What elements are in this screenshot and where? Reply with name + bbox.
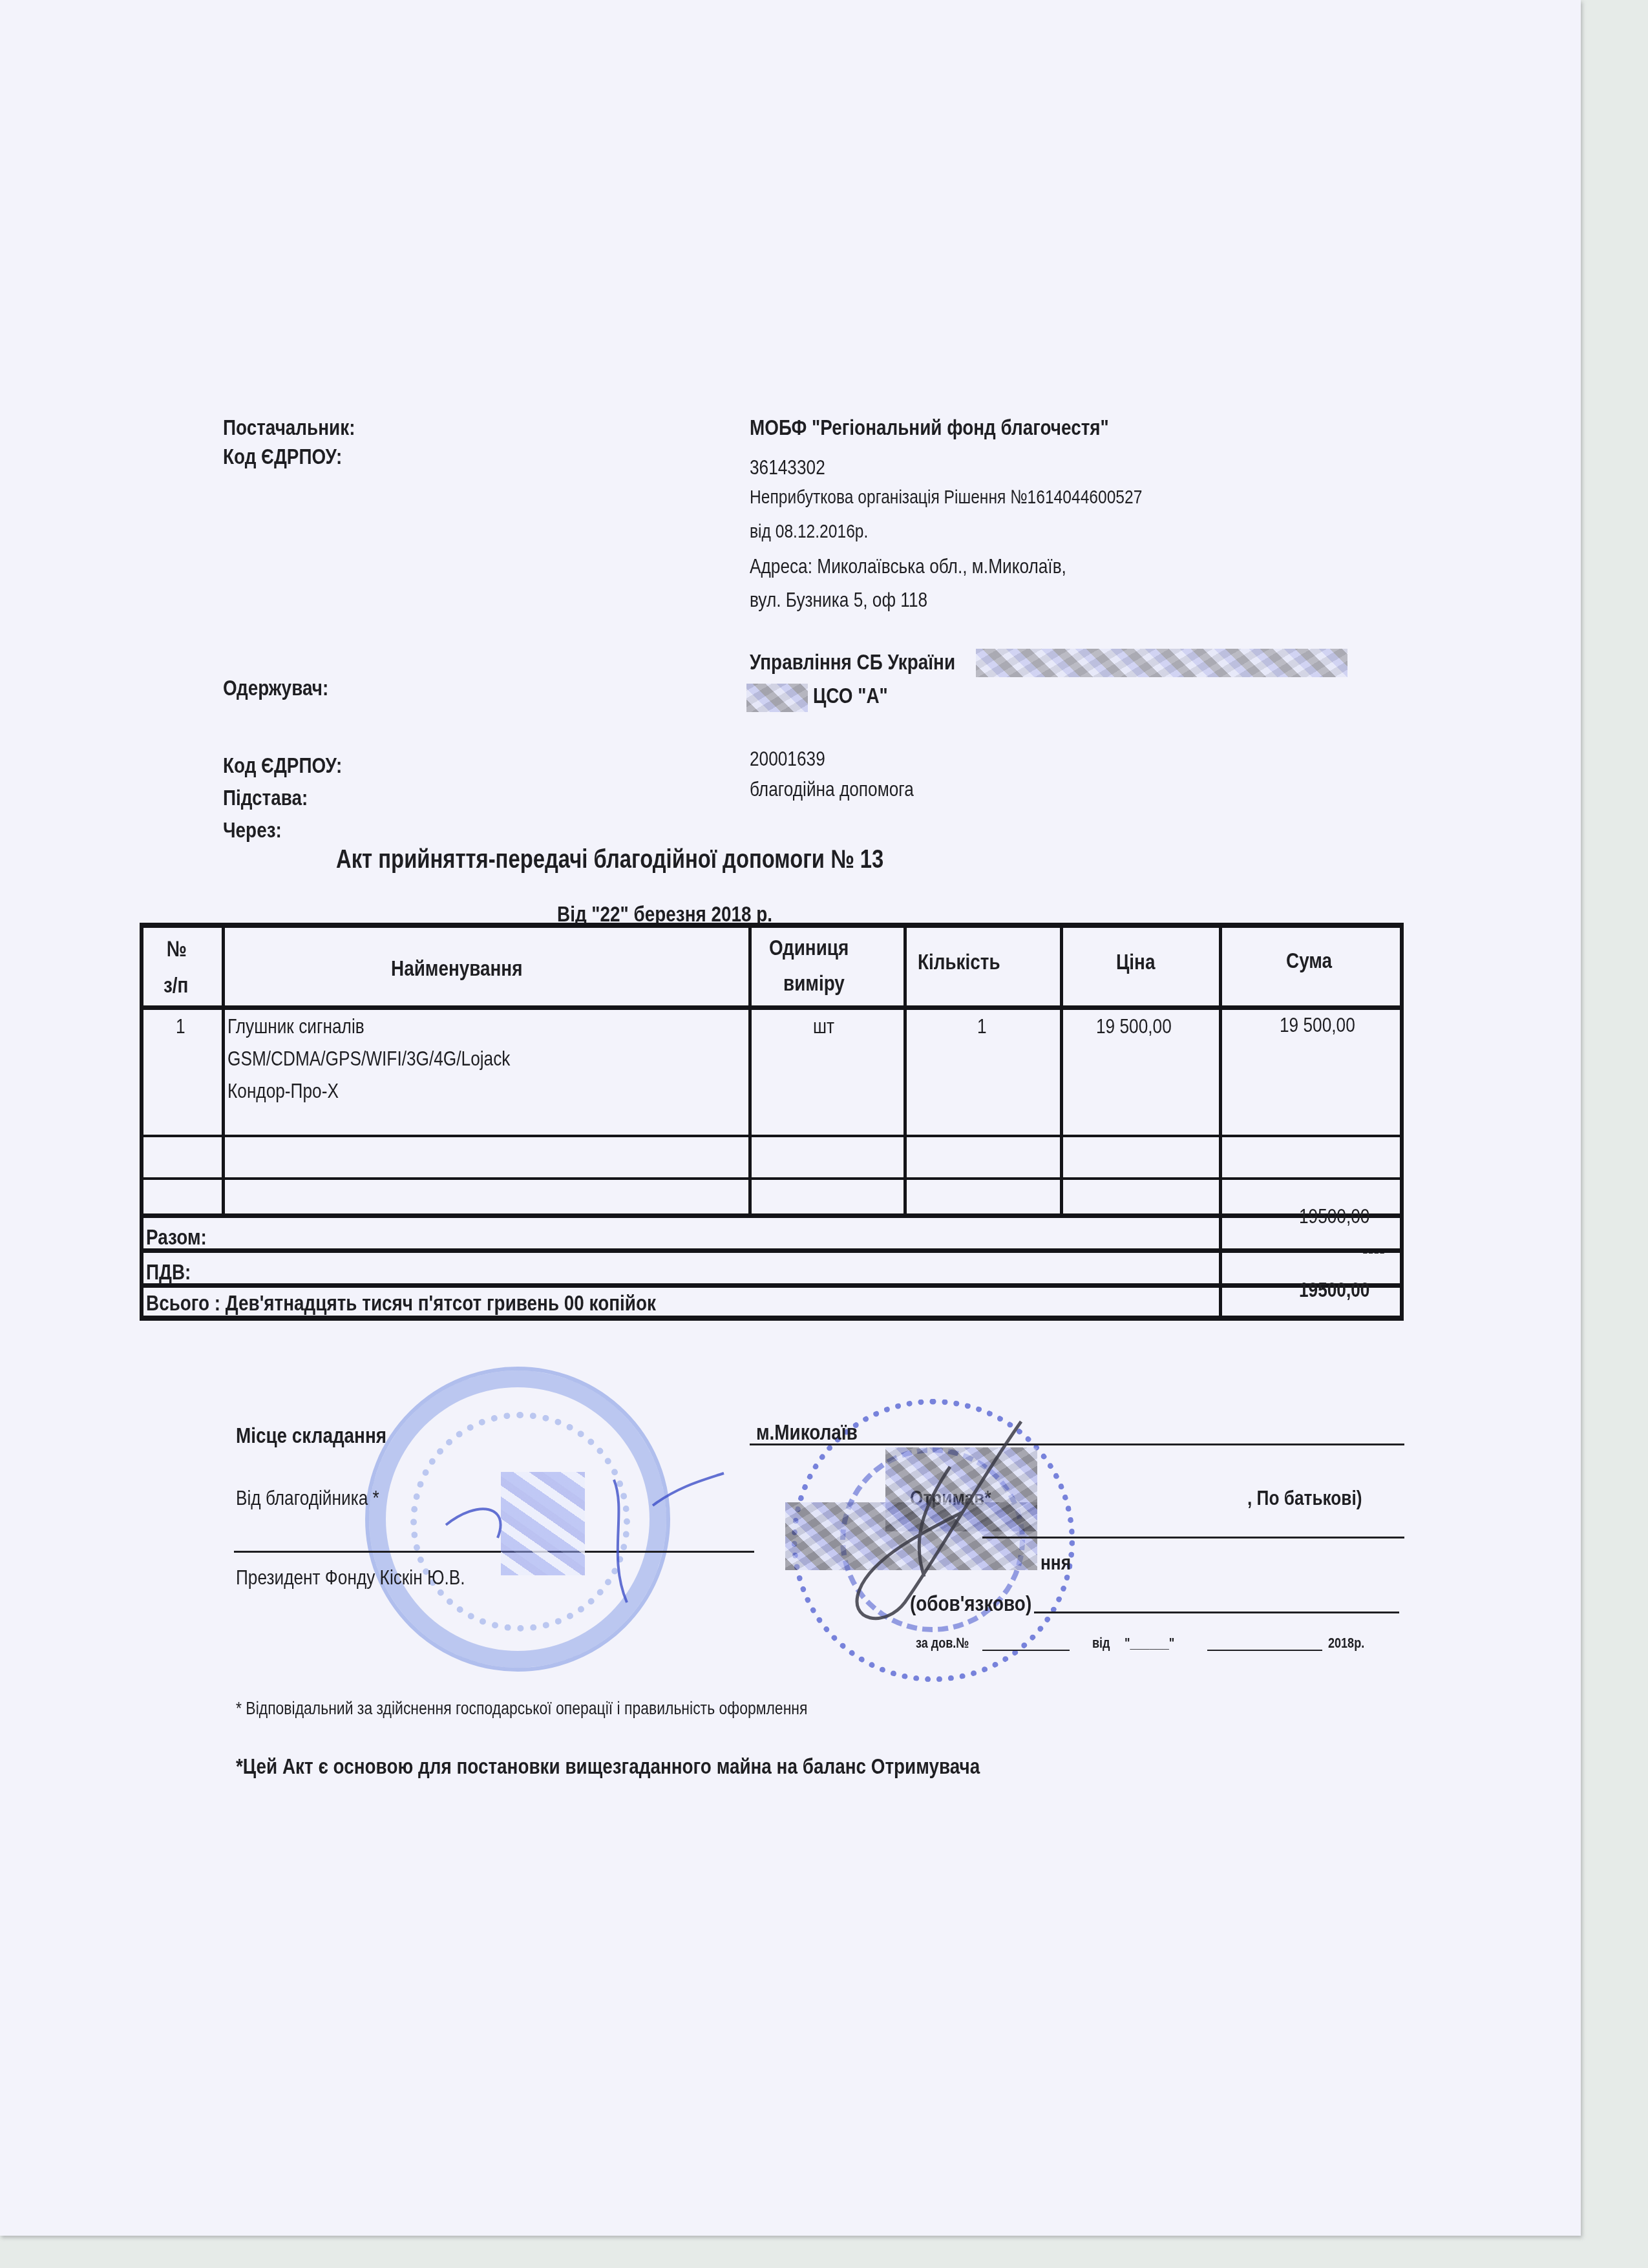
supplier-edrpou: 36143302 [750,457,841,478]
via-label: Через: [223,819,295,841]
position-underline [1034,1612,1399,1613]
redacted-recipient-name [976,649,1347,677]
place-label: Місце складання [236,1425,419,1447]
row-name-line3: Кондор-Про-Х [227,1080,363,1101]
header-name: Найменування [391,958,551,980]
act-date: Від "22" березня 2018 р. [557,903,819,925]
supplier-edrpou-label: Код ЄДРПОУ: [223,446,368,468]
document-page: Постачальник: Код ЄДРПОУ: МОБФ "Регіонал… [0,0,1581,2236]
donor-signature-line [234,1551,754,1553]
row-unit: шт [813,1016,839,1036]
position-suffix: ння [1041,1552,1077,1573]
redacted-donor-signature [501,1472,585,1575]
place-underline [750,1444,1404,1445]
vat-value: ---- [1362,1241,1390,1261]
proxy-from: від [1092,1636,1114,1650]
supplier-nonprofit-line2: від 08.12.2016р. [750,522,894,541]
proxy-day: "______" [1125,1636,1185,1650]
supplier-name: МОБФ "Регіональний фонд благочестя" [750,417,1188,439]
basis-label: Підстава: [223,787,326,809]
row-qty: 1 [977,1016,989,1036]
subtotal-label: Разом: [146,1226,220,1248]
recipient-label: Одержувач: [223,677,352,699]
total-value: 19500,00 [1299,1279,1385,1300]
header-unit-line2: виміру [783,972,858,994]
row-num: 1 [176,1016,187,1036]
vat-label: ПДВ: [146,1261,201,1283]
supplier-address-line1: Адреса: Миколаївська обл., м.Миколаїв, [750,556,1136,576]
header-unit-line1: Одиниця [769,937,866,959]
row-name-line1: Глушник сигналів [227,1016,394,1036]
supplier-address-line2: вул. Бузника 5, оф 118 [750,589,967,610]
proxy-number-line [982,1650,1070,1651]
proxy-year: 2018р. [1328,1636,1373,1650]
basis-value: благодійна допомога [750,779,950,799]
supplier-label: Постачальник: [223,417,384,439]
row-name-line2: GSM/CDMA/GPS/WIFI/3G/4G/Lojack [227,1048,572,1069]
footnote-basis: *Цей Акт є основою для постановки вищезг… [236,1756,1143,1778]
proxy-prefix: за дов.№ [916,1636,981,1650]
patronymic-hint: , По батькові) [1247,1487,1387,1508]
from-donor-label: Від благодійника * [236,1487,410,1508]
header-num-line2: з/п [164,974,194,996]
subtotal-value: 19500,00 [1299,1206,1385,1226]
recipient-edrpou-label: Код ЄДРПОУ: [223,755,368,777]
total-label: Всього : Дев'ятнадцять тисяч п'ятсот гри… [146,1292,768,1314]
recipient-name-line1: Управління СБ України [750,651,1000,673]
supplier-nonprofit-line1: Неприбуткова організація Рішення №161404… [750,488,1229,507]
row-price: 19 500,00 [1096,1016,1188,1036]
recipient-name-line2: ЦСО "А" [813,685,904,707]
donor-signer: Президент Фонду Кіскін Ю.В. [236,1567,515,1588]
redacted-recipient-prefix [746,684,808,712]
act-title: Акт прийняття-передачі благодійної допом… [336,846,1004,872]
footnote-responsible: * Відповідальний за здійснення господарс… [236,1699,933,1717]
row-sum: 19 500,00 [1280,1014,1371,1035]
header-qty: Кількість [918,951,1019,973]
header-sum: Сума [1286,950,1342,972]
header-price: Ціна [1116,951,1164,973]
recipient-edrpou: 20001639 [750,748,841,769]
header-num-line1: № [167,938,191,960]
proxy-month-line [1207,1650,1322,1651]
place-value: м.Миколаїв [756,1422,880,1444]
recipient-name-underline [982,1537,1404,1538]
